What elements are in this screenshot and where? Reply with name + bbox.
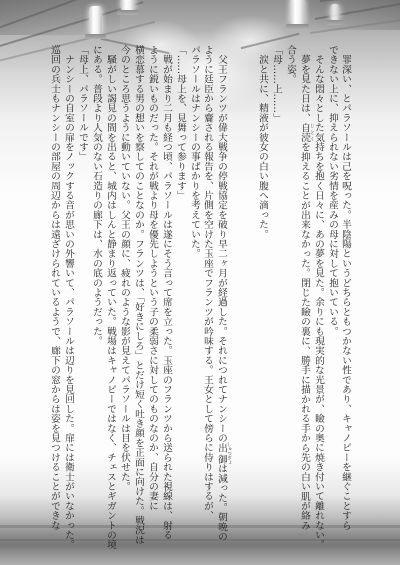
ruby-reading: じとく xyxy=(310,123,315,142)
text-segment: は減った。朝晩の xyxy=(216,464,227,542)
text-line: 今のところ思うように動いていない。父王の顔に、疲れのような影が見えてパラソールは… xyxy=(119,45,129,491)
text-line: ように鋭いものだった。それが戦より母を優先しようという子の柔弱さに対してのものな… xyxy=(147,45,157,511)
text-segment: 夢を見た日は、 xyxy=(299,45,310,123)
text-line: 戦が始まり二月も経つ頃、パラソールは遂にそう言って席を立った。玉座のフランツから… xyxy=(161,45,171,540)
text-line: できない上に、抑えられない劣情を産みの母に対して抱いている。 xyxy=(327,45,337,336)
text-line: 父王フランツが偉大戦争の停戦協定を破り早二ヶ月が経過した。それにつれてナンシーの… xyxy=(216,45,232,541)
dialogue-line: 「母……上……」 xyxy=(271,45,281,123)
text-line: 夢を見た日は、自涜じとくを抑えることが出来なかった。閉じた瞼の裏に、勝手に描かれ… xyxy=(299,45,315,530)
text-line: 涙と共に、精液が彼女の白い腹へ滴った。 xyxy=(257,45,267,239)
body-text: 罪深い、とパラソールは己を呪った。半陰陽というどちらともつかない性であり、キャノ… xyxy=(0,0,400,565)
text-line: ナンシーの自室の扉をノックする音が思いの外響いて、パラソールは辺りを見回した。扉… xyxy=(63,45,73,549)
dialogue-line: 「……母上を、見舞って参ります」 xyxy=(175,45,185,200)
ruby-reading: しゅつぎょ xyxy=(227,442,232,465)
text-line: そんな悶々とした気持ちを抱く日々に、あの夢を見た。余りにも現実的な光景が、瞼の奥… xyxy=(313,45,323,549)
ruby-base: 出御 xyxy=(216,442,227,464)
text-line: 横恋慕する男の想いを察してのことなのか。フランツは、「好きにしろ」とだけ短く吐き… xyxy=(133,45,143,545)
text-line: 巡回の兵士もナンシーの部屋の周辺からは遠ざけられているようで、廊下の窓からは姿を… xyxy=(49,45,59,530)
text-segment: を抑えることが出来なかった。閉じた瞼の裏に、勝手に描かれる手から先の白い肌が絡み xyxy=(299,142,310,530)
text-line: 合う姿。 xyxy=(285,45,295,84)
ruby-annotation: 自涜じとく xyxy=(299,123,310,142)
text-line: 騒がしい謁見の間を出ると、城内はしんと静まり返っていた。戦場はキャノピーではなく… xyxy=(105,45,115,549)
ruby-annotation: 出御しゅつぎょ xyxy=(216,443,227,464)
ruby-base: 自涜 xyxy=(299,123,310,142)
text-segment: 父王フランツが偉大戦争の停戦協定を破り早二ヶ月が経過した。それにつれてナンシーの xyxy=(216,45,227,443)
text-line: ように廷臣から齎される報告を、片側を空けた玉座でフランツが吟味する。王女として傍… xyxy=(202,45,212,520)
dialogue-line: 「母上、パラソールです」 xyxy=(77,45,87,161)
text-line: 罪深い、とパラソールは己を呪った。半陰陽というどちらともつかない性であり、キャノ… xyxy=(340,45,350,530)
novel-page: 罪深い、とパラソールは己を呪った。半陰陽というどちらともつかない性であり、キャノ… xyxy=(0,0,400,565)
text-line: にある。普段より人気のない石造りの廊下は、水の底のようだった。 xyxy=(91,45,101,346)
text-line: パラソールはナンシーの事ばかりを考えていた。 xyxy=(189,45,199,258)
